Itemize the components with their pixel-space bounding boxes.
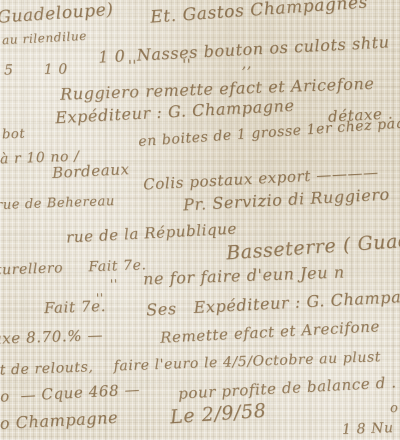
handwriting-line: sturellero Fait 7e. [0, 257, 147, 279]
handwriting-line: taxe 8.70.% — [0, 326, 103, 348]
linen-fabric-texture: (Guadeloupe) Et. Gastos Champagnes au ri… [0, 0, 400, 440]
handwriting-line: Basseterre ( Guad [225, 230, 400, 265]
handwriting-line: Remette efact et Arecifone [160, 317, 381, 346]
handwriting-line: pour profite de balance d . [178, 373, 397, 402]
handwriting-ditto-marks: '' '' ,, [128, 56, 252, 74]
handwriting-line: o — Cque 468 — [0, 380, 140, 405]
handwriting-line: 5 1 0 [4, 61, 68, 78]
handwriting-line: nt de relouts, faire l'euro le 4/5/Octob… [0, 349, 381, 379]
handwriting-date: Le 2/9/58 [169, 400, 267, 429]
handwriting-line: rue de la République [66, 220, 238, 247]
handwriting-line: Fait 7e. [44, 297, 107, 317]
handwriting-line: Bordeaux [52, 160, 130, 182]
handwriting-line: ne for faire d'eun Jeu n [143, 262, 345, 288]
handwriting-line: (Guadeloupe) [0, 0, 114, 28]
handwriting-line: io Champagne [0, 408, 119, 433]
handwriting-line: au rilendilue [2, 29, 88, 47]
handwriting-ditto-marks: '' [110, 277, 118, 291]
handwriting-line: Ses Expéditeur : G. Champagne [146, 285, 400, 319]
handwriting-fragment: o [390, 401, 399, 416]
handwriting-fragment: bot [2, 127, 26, 143]
handwriting-fragment: 1 8 Nu [342, 420, 394, 438]
handwriting-line: Et. Gastos Champagnes [150, 0, 369, 28]
handwriting-line: rue de Behereau [0, 194, 115, 213]
